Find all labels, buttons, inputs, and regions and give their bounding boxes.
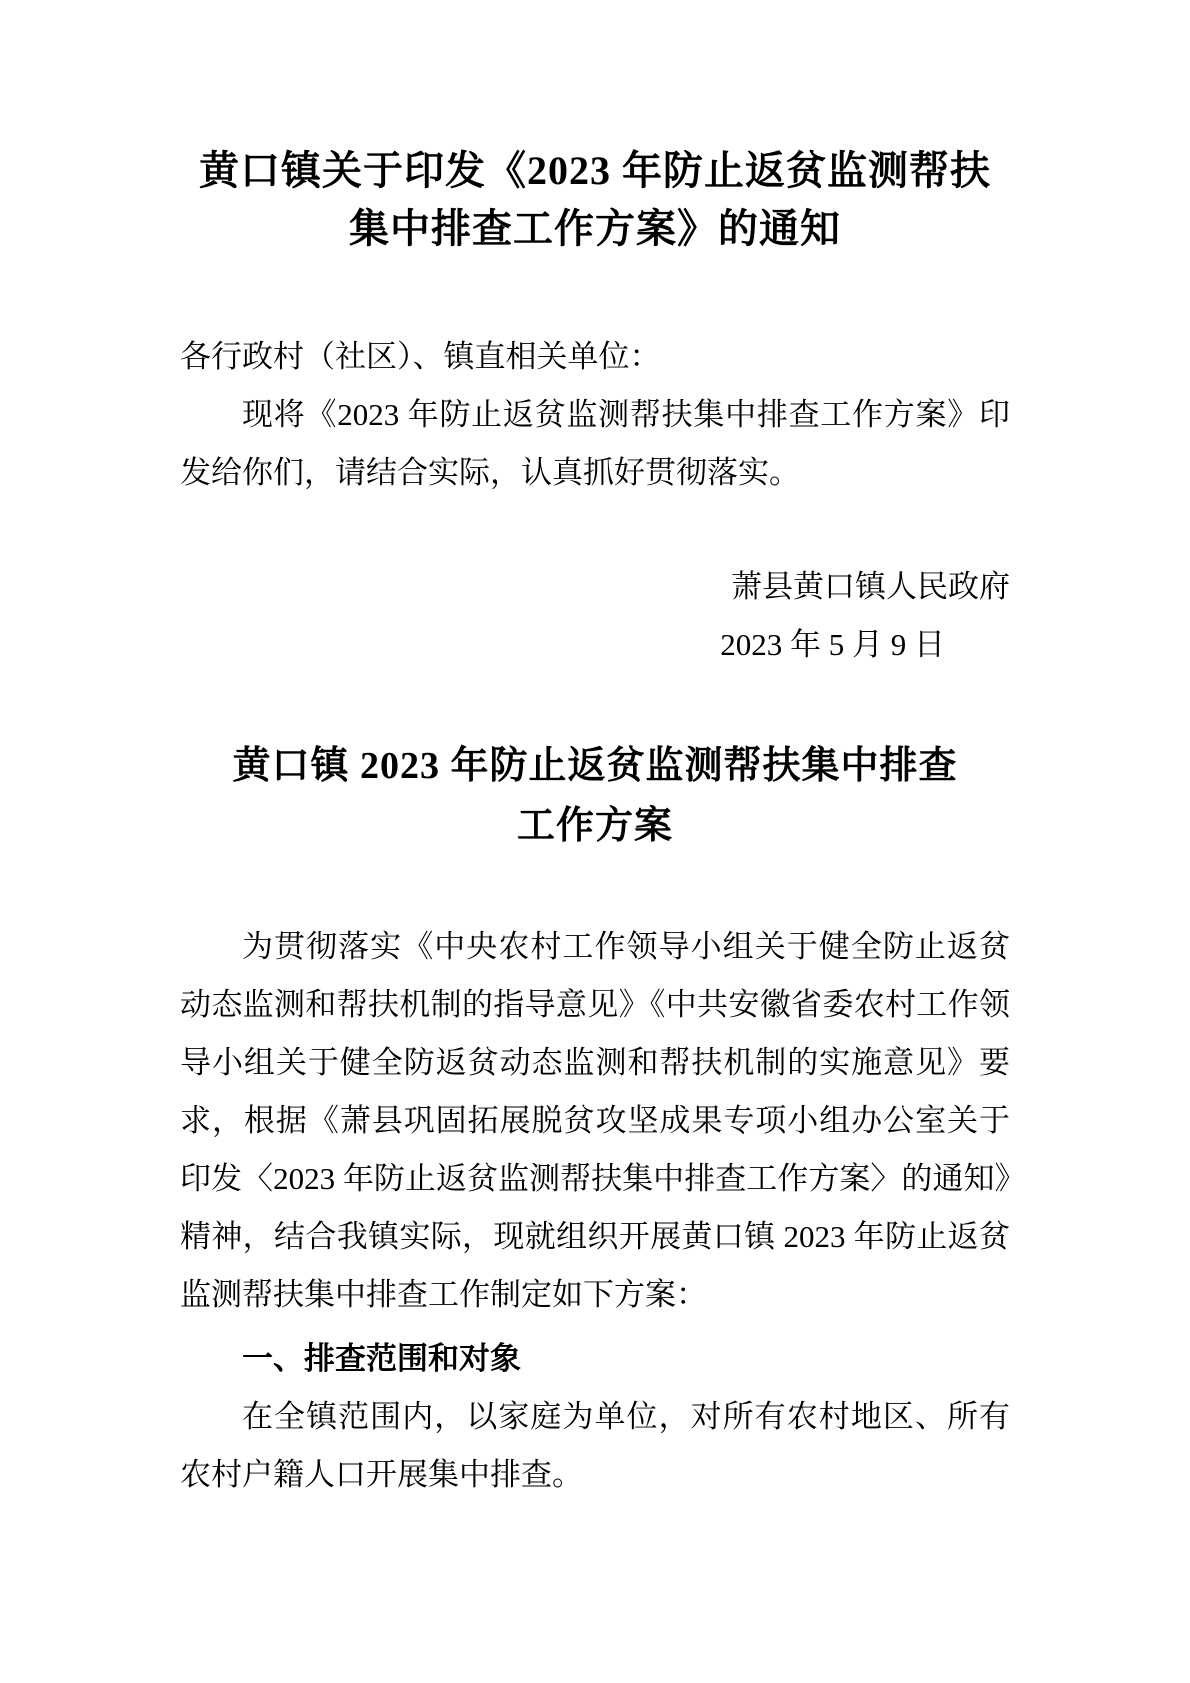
notice-title: 黄口镇关于印发《2023 年防止返贫监测帮扶 集中排查工作方案》的通知	[180, 142, 1010, 258]
plan-intro-paragraph: 为贯彻落实《中央农村工作领导小组关于健全防止返贫动态监测和帮扶机制的指导意见》《…	[180, 918, 1010, 1324]
notice-salutation: 各行政村（社区）、镇直相关单位：	[180, 328, 1010, 386]
plan-title: 黄口镇 2023 年防止返贫监测帮扶集中排查 工作方案	[180, 736, 1010, 856]
notice-body-paragraph: 现将《2023 年防止返贫监测帮扶集中排查工作方案》印发给你们，请结合实际，认真…	[180, 386, 1010, 502]
section-1-heading: 一、排查范围和对象	[180, 1330, 1010, 1388]
signature-date: 2023 年 5 月 9 日	[180, 616, 945, 674]
document-page: 黄口镇关于印发《2023 年防止返贫监测帮扶 集中排查工作方案》的通知 各行政村…	[0, 0, 1190, 1683]
section-1-paragraph: 在全镇范围内，以家庭为单位，对所有农村地区、所有农村户籍人口开展集中排查。	[180, 1388, 1010, 1504]
signature-issuer: 萧县黄口镇人民政府	[180, 558, 1010, 616]
signature-block: 萧县黄口镇人民政府 2023 年 5 月 9 日	[180, 558, 1010, 674]
